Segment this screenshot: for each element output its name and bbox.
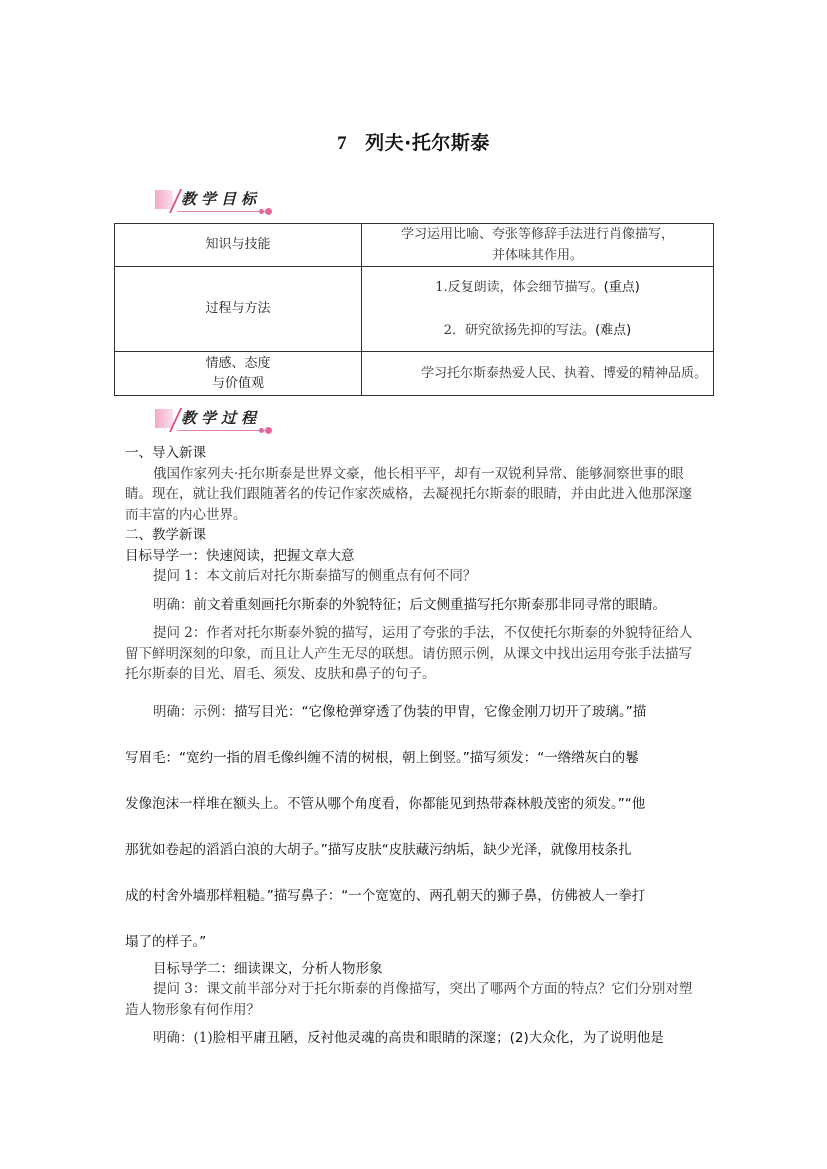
table-key: 情感、态度 与价值观 xyxy=(115,352,362,396)
value-text: 2．研究欲扬先抑的写法。 xyxy=(444,323,595,338)
table-value: 学习运用比喻、夸张等修辞手法进行肖像描写， 并体味其作用。 xyxy=(362,224,714,267)
difficulty-tag: (难点) xyxy=(595,323,631,338)
badge-decoration xyxy=(155,409,173,428)
table-key: 知识与技能 xyxy=(115,224,362,267)
answer-line: 那犹如卷起的滔滔白浪的大胡子。”描写皮肤“皮肤藏污纳垢，缺少光泽，就像用枝条扎 xyxy=(125,827,702,873)
question-1: 提问 1：本文前后对托尔斯泰描写的侧重点有何不同？ xyxy=(125,566,702,587)
lesson-title: 列夫·托尔斯泰 xyxy=(365,132,490,154)
heading-intro: 一、导入新课 xyxy=(125,443,702,464)
answer-prefix: 明确：示例： xyxy=(153,704,234,720)
goals-table: 知识与技能 学习运用比喻、夸张等修辞手法进行肖像描写， 并体味其作用。 过程与方… xyxy=(114,223,714,396)
heading-new-lesson: 二、教学新课 xyxy=(125,525,702,546)
answer-2: 明确：示例：描写目光：“它像枪弹穿透了伪装的甲胄，它像金刚刀切开了玻璃。”描 写… xyxy=(125,689,702,965)
section-badge-goals: 教学目标 xyxy=(155,188,273,212)
goal-one: 目标导学一：快速阅读，把握文章大意 xyxy=(125,546,702,567)
badge-dot-icon xyxy=(259,428,264,433)
table-value: 1.反复朗读，体会细节描写。(重点) 2．研究欲扬先抑的写法。(难点) xyxy=(362,267,714,352)
answer-line: 发像泡沫一样堆在额头上。不管从哪个角度看，你都能见到热带森林般茂密的须发。”“他 xyxy=(125,781,702,827)
answer-line: 明确：示例：描写目光：“它像枪弹穿透了伪装的甲胄，它像金刚刀切开了玻璃。”描 xyxy=(125,689,702,735)
answer-text: 前文着重刻画托尔斯泰的外貌特征；后文侧重描写托尔斯泰那非同寻常的眼睛。 xyxy=(194,597,667,613)
table-value: 学习托尔斯泰热爱人民、执着、博爱的精神品质。 xyxy=(362,352,714,396)
key-point-tag: (重点) xyxy=(604,280,640,295)
table-row: 知识与技能 学习运用比喻、夸张等修辞手法进行肖像描写， 并体味其作用。 xyxy=(115,224,714,267)
table-key: 过程与方法 xyxy=(115,267,362,352)
answer-line: 成的村舍外墙那样粗糙。”描写鼻子：“一个宽宽的、两孔朝天的狮子鼻，仿佛被人一拳打 xyxy=(125,873,702,919)
value-line: 2．研究欲扬先抑的写法。(难点) xyxy=(362,320,713,341)
question-3: 提问 3：课文前半部分对于托尔斯泰的肖像描写，突出了哪两个方面的特点？它们分别对… xyxy=(125,979,702,1020)
badge-dot-icon xyxy=(265,427,272,434)
answer-prefix: 明确： xyxy=(153,597,194,613)
question-2: 提问 2：作者对托尔斯泰外貌的描写，运用了夸张的手法，不仅使托尔斯泰的外貌特征给… xyxy=(125,623,702,685)
badge-underline xyxy=(177,211,265,212)
lesson-number: 7 xyxy=(337,133,347,154)
answer-text: 描写目光：“它像枪弹穿透了伪装的甲胄，它像金刚刀切开了玻璃。”描 xyxy=(234,704,646,720)
badge-dot-icon xyxy=(259,209,264,214)
goal-two: 目标导学二：细读课文，分析人物形象 xyxy=(125,959,702,980)
section-badge-process: 教学过程 xyxy=(155,407,273,431)
answer-3: 明确：(1)脸相平庸丑陋，反衬他灵魂的高贵和眼睛的深邃；(2)大众化，为了说明他… xyxy=(125,1028,702,1049)
intro-paragraph: 俄国作家列夫·托尔斯泰是世界文豪，他长相平平，却有一双锐利异常、能够洞察世事的眼… xyxy=(125,464,702,526)
answer-1: 明确：前文着重刻画托尔斯泰的外貌特征；后文侧重描写托尔斯泰那非同寻常的眼睛。 xyxy=(125,595,702,616)
value-line: 学习运用比喻、夸张等修辞手法进行肖像描写， xyxy=(362,224,713,245)
answer-line: 写眉毛：“宽约一指的眉毛像纠缠不清的树根，朝上倒竖。”描写须发：“一绺绺灰白的鬈 xyxy=(125,735,702,781)
badge-label: 教学过程 xyxy=(181,407,261,428)
answer-prefix: 明确：(1) xyxy=(153,1030,213,1046)
value-line: 1.反复朗读，体会细节描写。(重点) xyxy=(362,277,713,298)
value-line: 并体味其作用。 xyxy=(362,245,713,266)
page-title: 7列夫·托尔斯泰 xyxy=(0,128,827,155)
badge-underline xyxy=(177,430,265,431)
badge-decoration xyxy=(155,190,173,209)
table-row: 情感、态度 与价值观 学习托尔斯泰热爱人民、执着、博爱的精神品质。 xyxy=(115,352,714,396)
badge-dot-icon xyxy=(265,208,272,215)
table-row: 过程与方法 1.反复朗读，体会细节描写。(重点) 2．研究欲扬先抑的写法。(难点… xyxy=(115,267,714,352)
value-text: 1.反复朗读，体会细节描写。 xyxy=(435,280,603,295)
badge-label: 教学目标 xyxy=(181,188,261,209)
key-line: 与价值观 xyxy=(115,374,361,394)
lesson-body: 一、导入新课 俄国作家列夫·托尔斯泰是世界文豪，他长相平平，却有一双锐利异常、能… xyxy=(125,443,702,1049)
answer-text: 脸相平庸丑陋，反衬他灵魂的高贵和眼睛的深邃；(2)大众化，为了说明他是 xyxy=(213,1030,664,1046)
key-line: 情感、态度 xyxy=(115,354,361,374)
